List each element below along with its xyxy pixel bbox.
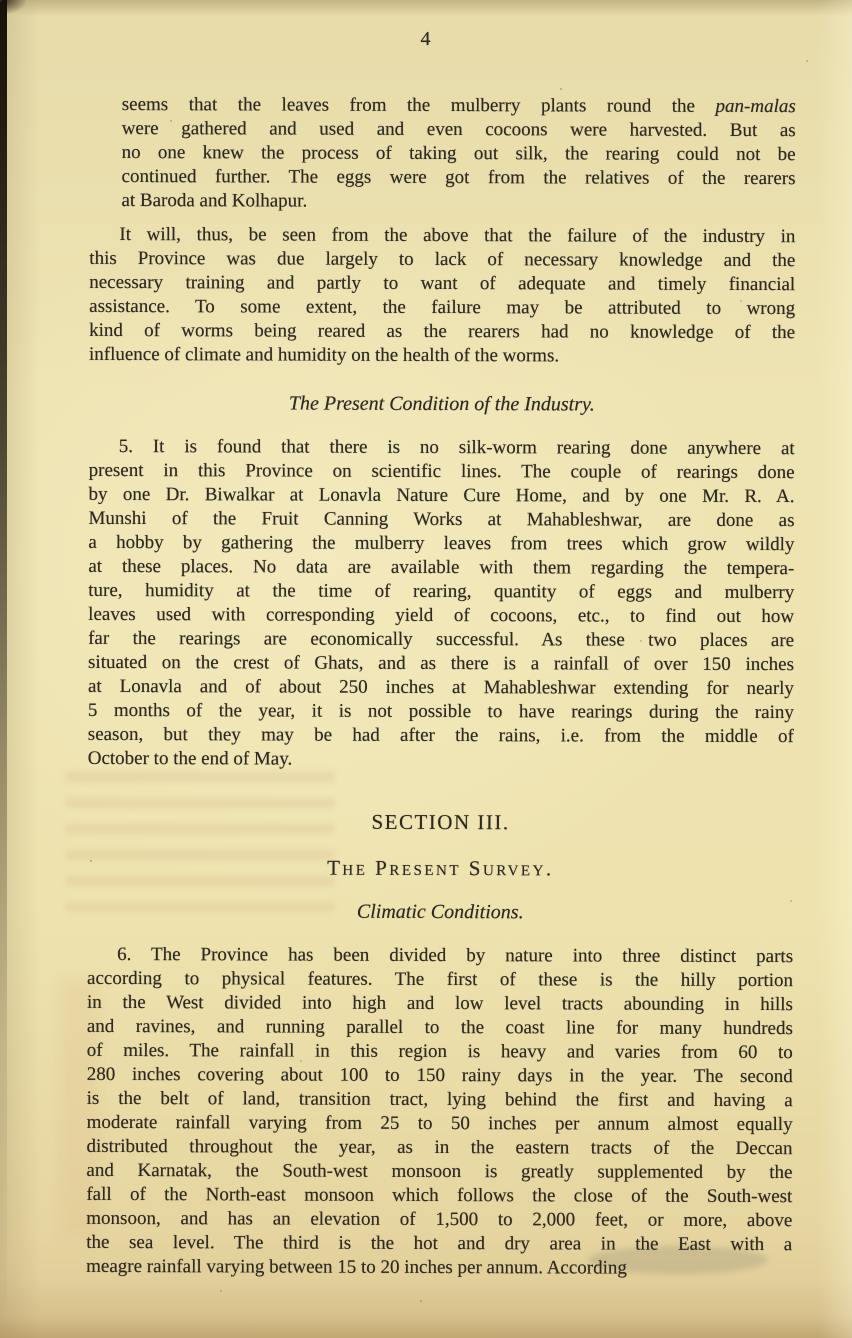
text-line: It will, thus, be seen from the above th… xyxy=(89,223,795,249)
heading-climatic-conditions: Climatic Conditions. xyxy=(87,899,793,925)
text-line: season, but they may be had after the ra… xyxy=(88,723,794,749)
text-line: influence of climate and humidity on the… xyxy=(89,343,795,369)
scanned-book-page: 4 seems that the leaves from the mulberr… xyxy=(0,0,852,1338)
text-line: present in this Province on scientific l… xyxy=(89,459,795,485)
text-line: continued further. The eggs were got fro… xyxy=(122,165,796,191)
text-line: October to the end of May. xyxy=(88,747,794,773)
page-right-edge-highlight xyxy=(818,0,852,1338)
text-line: situated on the crest of Ghats, and as t… xyxy=(88,651,794,677)
text-line: in the West divided into high and low le… xyxy=(87,991,793,1017)
text-line: the sea level. The third is the hot and … xyxy=(86,1231,792,1257)
text-line: by one Dr. Biwalkar at Lonavla Nature Cu… xyxy=(89,483,795,509)
text-line: necessary training and partly to want of… xyxy=(89,271,795,297)
text-line: 280 inches covering about 100 to 150 rai… xyxy=(87,1063,793,1089)
text-line: at Baroda and Kolhapur. xyxy=(121,189,795,215)
paper-specks xyxy=(0,0,2,2)
heading-section-iii: SECTION III. xyxy=(88,809,794,835)
text-line: monsoon, and has an elevation of 1,500 t… xyxy=(86,1207,792,1233)
text-line: fall of the North-east monsoon which fol… xyxy=(86,1183,792,1209)
text-line: at Lonavla and of about 250 inches at Ma… xyxy=(88,675,794,701)
text-line: far the rearings are economically succes… xyxy=(88,627,794,653)
paragraph-failure-causes: It will, thus, be seen from the above th… xyxy=(89,223,795,369)
text-line: kind of worms being reared as the rearer… xyxy=(89,319,795,345)
text-line: according to physical features. The firs… xyxy=(87,967,793,993)
text-line: no one knew the process of taking out si… xyxy=(122,141,796,167)
text-line: meagre rainfall varying between 15 to 20… xyxy=(86,1255,792,1281)
text-line: this Province was due largely to lack of… xyxy=(89,247,795,273)
text-line: and ravines, and running parallel to the… xyxy=(87,1015,793,1041)
page-corner-shadow xyxy=(0,0,26,14)
text-line: ture, humidity at the time of rearing, q… xyxy=(88,579,794,605)
text-line: leaves used with corresponding yield of … xyxy=(88,603,794,629)
paragraph-5: 5. It is found that there is no silk-wor… xyxy=(88,435,795,773)
text-line: 5. It is found that there is no silk-wor… xyxy=(89,435,795,461)
paragraph-6: 6. The Province has been divided by natu… xyxy=(86,943,793,1281)
page-left-binding-shadow xyxy=(0,0,7,1338)
text-line: 6. The Province has been divided by natu… xyxy=(87,943,793,969)
page-number: 4 xyxy=(0,28,852,51)
text-line: distributed throughout the year, as in t… xyxy=(86,1135,792,1161)
text-line: of miles. The rainfall in this region is… xyxy=(87,1039,793,1065)
text-line: 5 months of the year, it is not possible… xyxy=(88,699,794,725)
paragraph-continuation: seems that the leaves from the mulberry … xyxy=(121,93,795,215)
text-line: is the belt of land, transition tract, l… xyxy=(87,1087,793,1113)
text-line: moderate rainfall varying from 25 to 50 … xyxy=(87,1111,793,1137)
text-line: assistance. To some extent, the failure … xyxy=(89,295,795,321)
text-line: at these places. No data are available w… xyxy=(88,555,794,581)
heading-present-survey: The Present Survey. xyxy=(87,855,793,881)
text-line: seems that the leaves from the mulberry … xyxy=(122,93,796,119)
text-line: were gathered and used and even cocoons … xyxy=(122,117,796,143)
heading-present-condition: The Present Condition of the Industry. xyxy=(89,391,795,417)
text-line: a hobby by gathering the mulberry leaves… xyxy=(88,531,794,557)
text-line: Munshi of the Fruit Canning Works at Mah… xyxy=(88,507,794,533)
page-body: seems that the leaves from the mulberry … xyxy=(86,69,796,1281)
text-line: and Karnatak, the South-west monsoon is … xyxy=(86,1159,792,1185)
